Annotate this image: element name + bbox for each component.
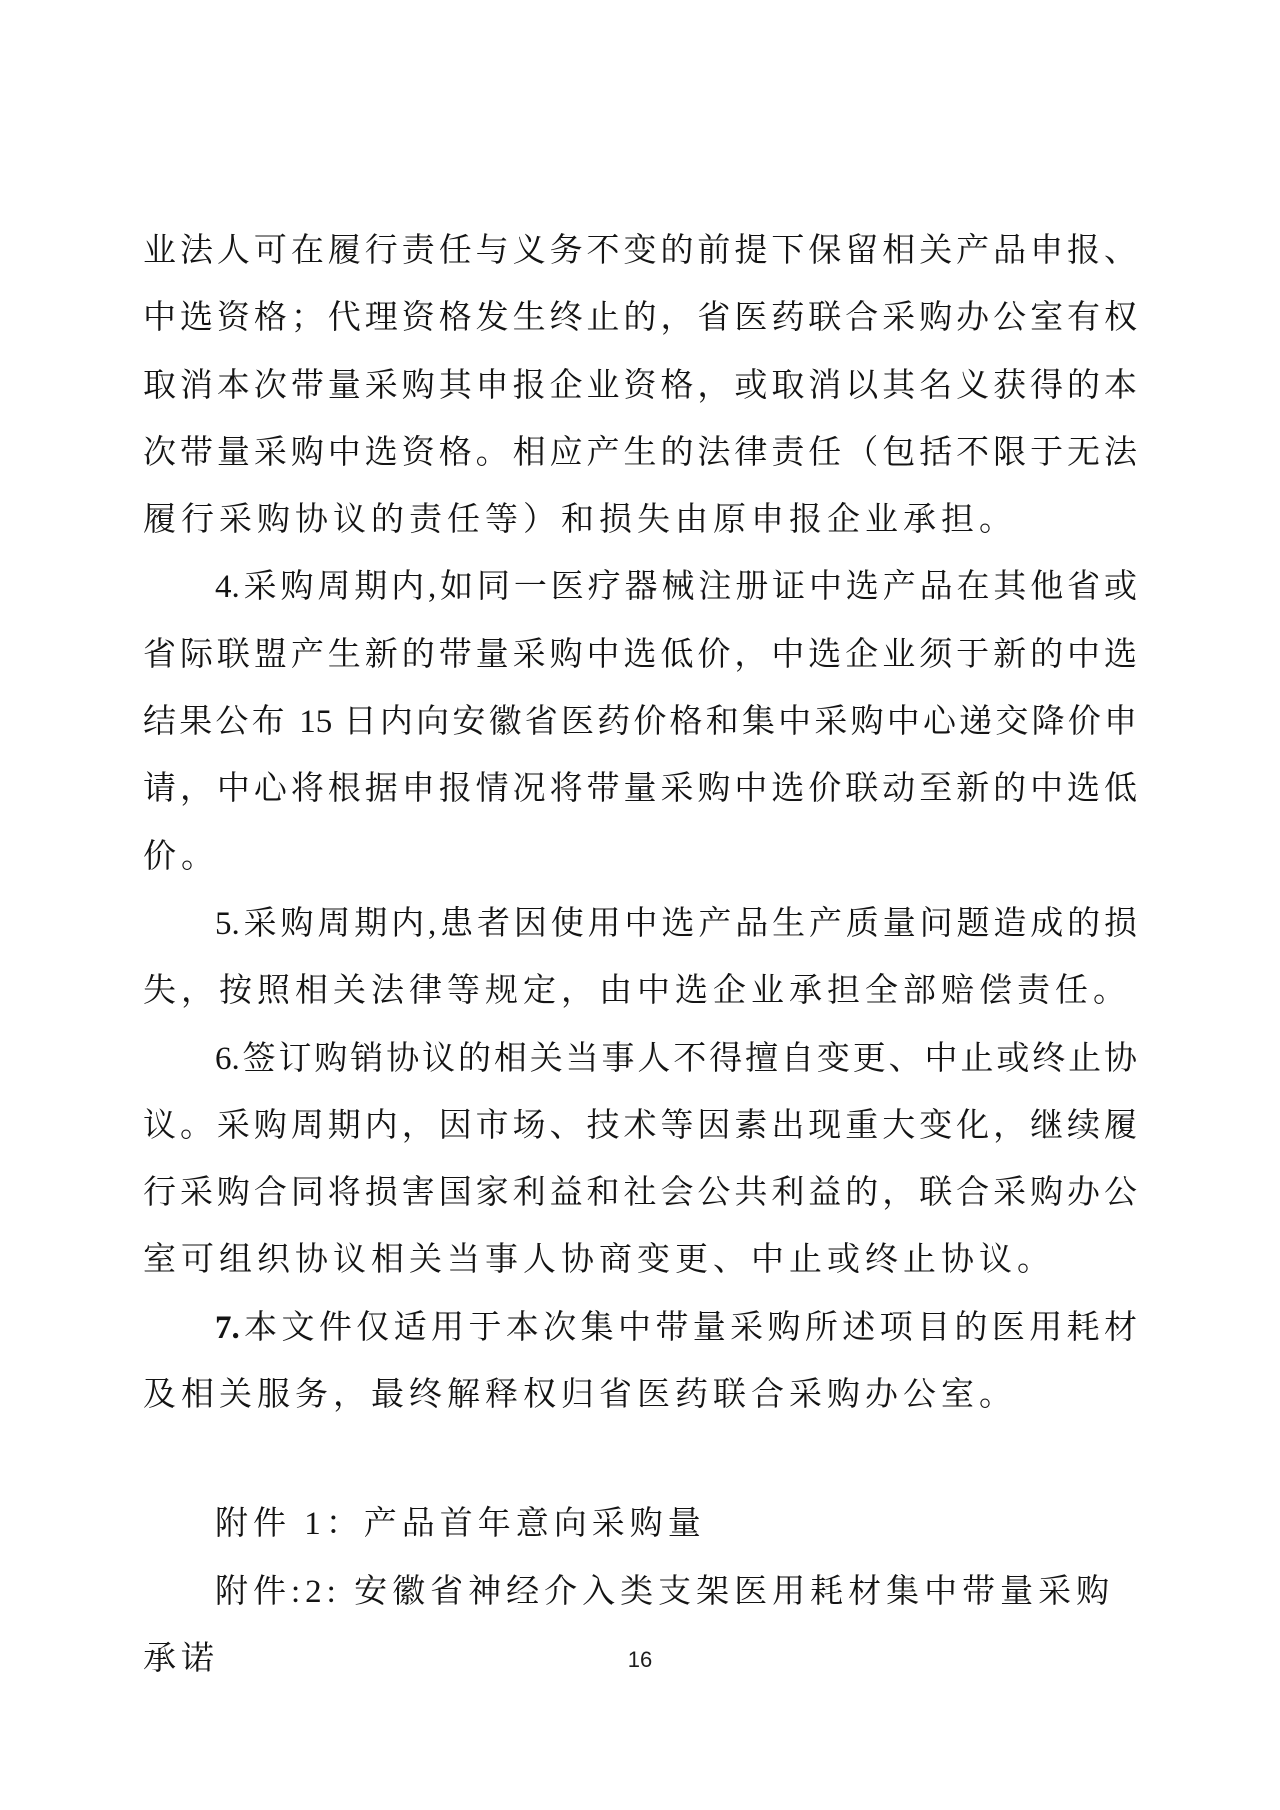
text-line: 7.本文件仅适用于本次集中带量采购所述项目的医用耗材 [143, 1295, 1137, 1362]
text-line: 履行采购协议的责任等）和损失由原申报企业承担。 [143, 487, 1137, 554]
text-line: 价。 [143, 824, 1137, 891]
text-line: 业法人可在履行责任与义务不变的前提下保留相关产品申报、 [143, 218, 1137, 285]
text-line: 室可组织协议相关当事人协商变更、中止或终止协议。 [143, 1227, 1137, 1294]
text-line: 及相关服务，最终解释权归省医药联合采购办公室。 [143, 1362, 1137, 1429]
document-body: 业法人可在履行责任与义务不变的前提下保留相关产品申报、中选资格；代理资格发生终止… [143, 218, 1137, 1693]
bold-clause-number: 7. [215, 1310, 240, 1346]
text-line: 请，中心将根据申报情况将带量采购中选价联动至新的中选低 [143, 756, 1137, 823]
text-line: 行采购合同将损害国家利益和社会公共利益的，联合采购办公 [143, 1160, 1137, 1227]
document-page: 业法人可在履行责任与义务不变的前提下保留相关产品申报、中选资格；代理资格发生终止… [0, 0, 1280, 1810]
page-number: 16 [0, 1645, 1280, 1675]
text-line: 4.采购周期内,如同一医疗器械注册证中选产品在其他省或 [143, 554, 1137, 621]
text-line: 附件 1：产品首年意向采购量 [143, 1491, 1137, 1558]
text-line: 中选资格；代理资格发生终止的，省医药联合采购办公室有权 [143, 285, 1137, 352]
text-line: 省际联盟产生新的带量采购中选低价，中选企业须于新的中选 [143, 622, 1137, 689]
text-line: 结果公布 15 日内向安徽省医药价格和集中采购中心递交降价申 [143, 689, 1137, 756]
text-line: 议。采购周期内，因市场、技术等因素出现重大变化，继续履 [143, 1093, 1137, 1160]
text-line: 失，按照相关法律等规定，由中选企业承担全部赔偿责任。 [143, 958, 1137, 1025]
text-line: 取消本次带量采购其申报企业资格，或取消以其名义获得的本 [143, 353, 1137, 420]
text-line: 次带量采购中选资格。相应产生的法律责任（包括不限于无法 [143, 420, 1137, 487]
text-line: 5.采购周期内,患者因使用中选产品生产质量问题造成的损 [143, 891, 1137, 958]
text-line: 6.签订购销协议的相关当事人不得擅自变更、中止或终止协 [143, 1026, 1137, 1093]
